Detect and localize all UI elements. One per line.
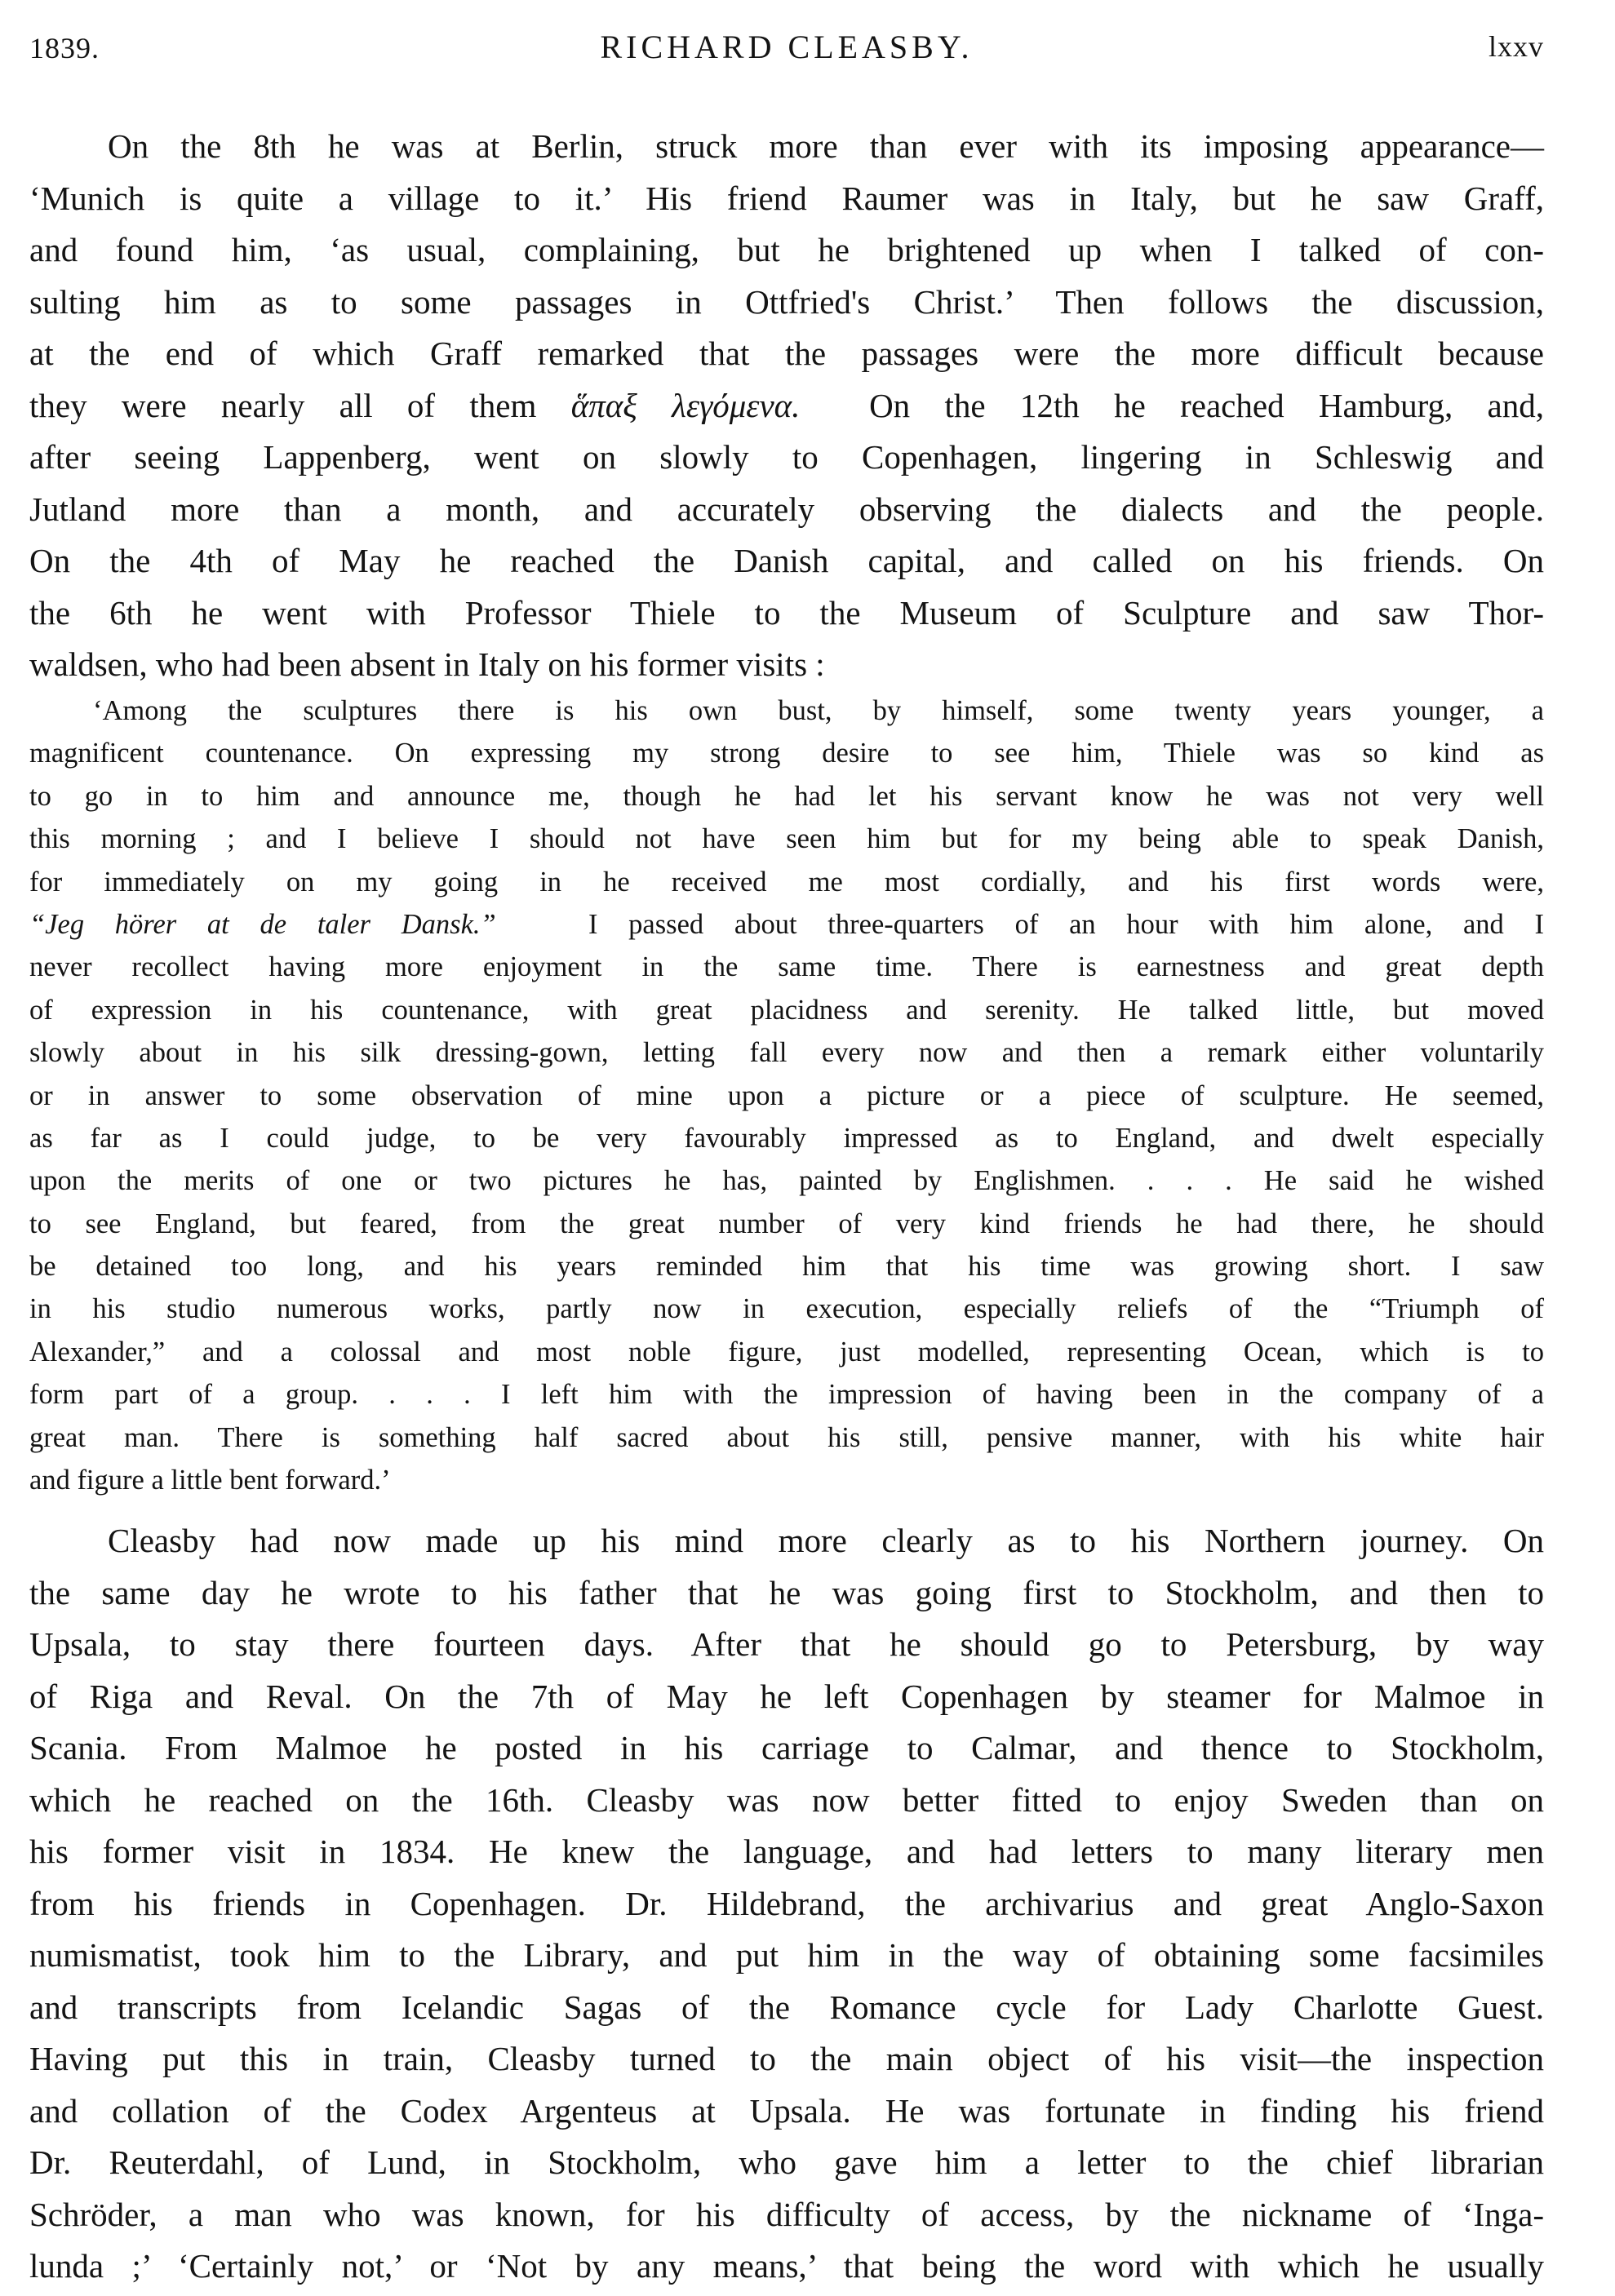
quote-line: ‘Among the sculptures there is his own b… [29, 689, 1544, 732]
text-line: Jutland more than a month, and accuratel… [29, 484, 1544, 536]
greek-phrase: ἅπαξ λεγόμενα. [571, 387, 801, 424]
text-line: after seeing Lappenberg, went on slowly … [29, 432, 1544, 484]
text-line: and transcripts from Icelandic Sagas of … [29, 1982, 1544, 2034]
text-line: his former visit in 1834. He knew the la… [29, 1826, 1544, 1878]
text-line: On the 4th of May he reached the Danish … [29, 535, 1544, 587]
text-line: Having put this in train, Cleasby turned… [29, 2033, 1544, 2085]
block-quotation-thorwaldsen: ‘Among the sculptures there is his own b… [29, 689, 1544, 1501]
text-line: and found him, ‘as usual, complaining, b… [29, 224, 1544, 277]
text-line: waldsen, who had been absent in Italy on… [29, 639, 1544, 691]
text-line: Schröder, a man who was known, for his d… [29, 2189, 1544, 2241]
quote-line: “Jeg hörer at de taler Dansk.” I passed … [29, 903, 1544, 946]
text-line: which he reached on the 16th. Cleasby wa… [29, 1775, 1544, 1827]
quote-line: of expression in his countenance, with g… [29, 989, 1544, 1031]
text-line: On the 8th he was at Berlin, struck more… [29, 121, 1544, 173]
running-title: RICHARD CLEASBY. [29, 28, 1544, 66]
text-line: Cleasby had now made up his mind more cl… [29, 1515, 1544, 1567]
text-line: Dr. Reuterdahl, of Lund, in Stockholm, w… [29, 2137, 1544, 2189]
quote-line: as far as I could judge, to be very favo… [29, 1117, 1544, 1159]
text-fragment: I passed about three-quarters of an hour… [588, 909, 1544, 940]
quote-line: upon the merits of one or two pictures h… [29, 1159, 1544, 1202]
text-line: numismatist, took him to the Library, an… [29, 1930, 1544, 1982]
paragraph-berlin-copenhagen: On the 8th he was at Berlin, struck more… [29, 121, 1544, 691]
text-line: Upsala, to stay there fourteen days. Aft… [29, 1619, 1544, 1671]
quote-line: and figure a little bent forward.’ [29, 1459, 1544, 1501]
text-fragment: they were nearly all of them [29, 387, 536, 424]
quote-line: or in answer to some observation of mine… [29, 1075, 1544, 1117]
quote-line: slowly about in his silk dressing-gown, … [29, 1031, 1544, 1074]
page-number: lxxv [1489, 29, 1544, 64]
quote-line: in his studio numerous works, partly now… [29, 1288, 1544, 1330]
quote-line: be detained too long, and his years remi… [29, 1245, 1544, 1288]
quote-line: for immediately on my going in he receiv… [29, 861, 1544, 903]
text-line: they were nearly all of them ἅπαξ λεγόμε… [29, 380, 1544, 432]
running-header: 1839. RICHARD CLEASBY. lxxv [29, 24, 1544, 73]
text-line: the 6th he went with Professor Thiele to… [29, 587, 1544, 640]
text-line: the same day he wrote to his father that… [29, 1567, 1544, 1620]
text-line: Scania. From Malmoe he posted in his car… [29, 1722, 1544, 1775]
text-fragment: On the 12th he reached Hamburg, and, [869, 387, 1544, 424]
text-line: and collation of the Codex Argenteus at … [29, 2085, 1544, 2138]
text-line: sulting him as to some passages in Ottfr… [29, 277, 1544, 329]
text-line: ‘Munich is quite a village to it.’ His f… [29, 173, 1544, 225]
quote-line: never recollect having more enjoyment in… [29, 946, 1544, 988]
text-line: from his friends in Copenhagen. Dr. Hild… [29, 1878, 1544, 1930]
quote-line: this morning ; and I believe I should no… [29, 818, 1544, 860]
text-line: lunda ;’ ‘Certainly not,’ or ‘Not by any… [29, 2241, 1544, 2293]
paragraph-northern-journey: Cleasby had now made up his mind more cl… [29, 1515, 1544, 2293]
quote-line: to go in to him and announce me, though … [29, 775, 1544, 818]
quote-line: great man. There is something half sacre… [29, 1416, 1544, 1459]
danish-phrase: “Jeg hörer at de taler Dansk.” [29, 909, 496, 940]
text-line: of Riga and Reval. On the 7th of May he … [29, 1671, 1544, 1723]
quote-line: to see England, but feared, from the gre… [29, 1203, 1544, 1245]
text-line: at the end of which Graff remarked that … [29, 328, 1544, 380]
quote-line: form part of a group. . . . I left him w… [29, 1373, 1544, 1416]
quote-line: Alexander,” and a colossal and most nobl… [29, 1331, 1544, 1373]
quote-line: magnificent countenance. On expressing m… [29, 732, 1544, 774]
